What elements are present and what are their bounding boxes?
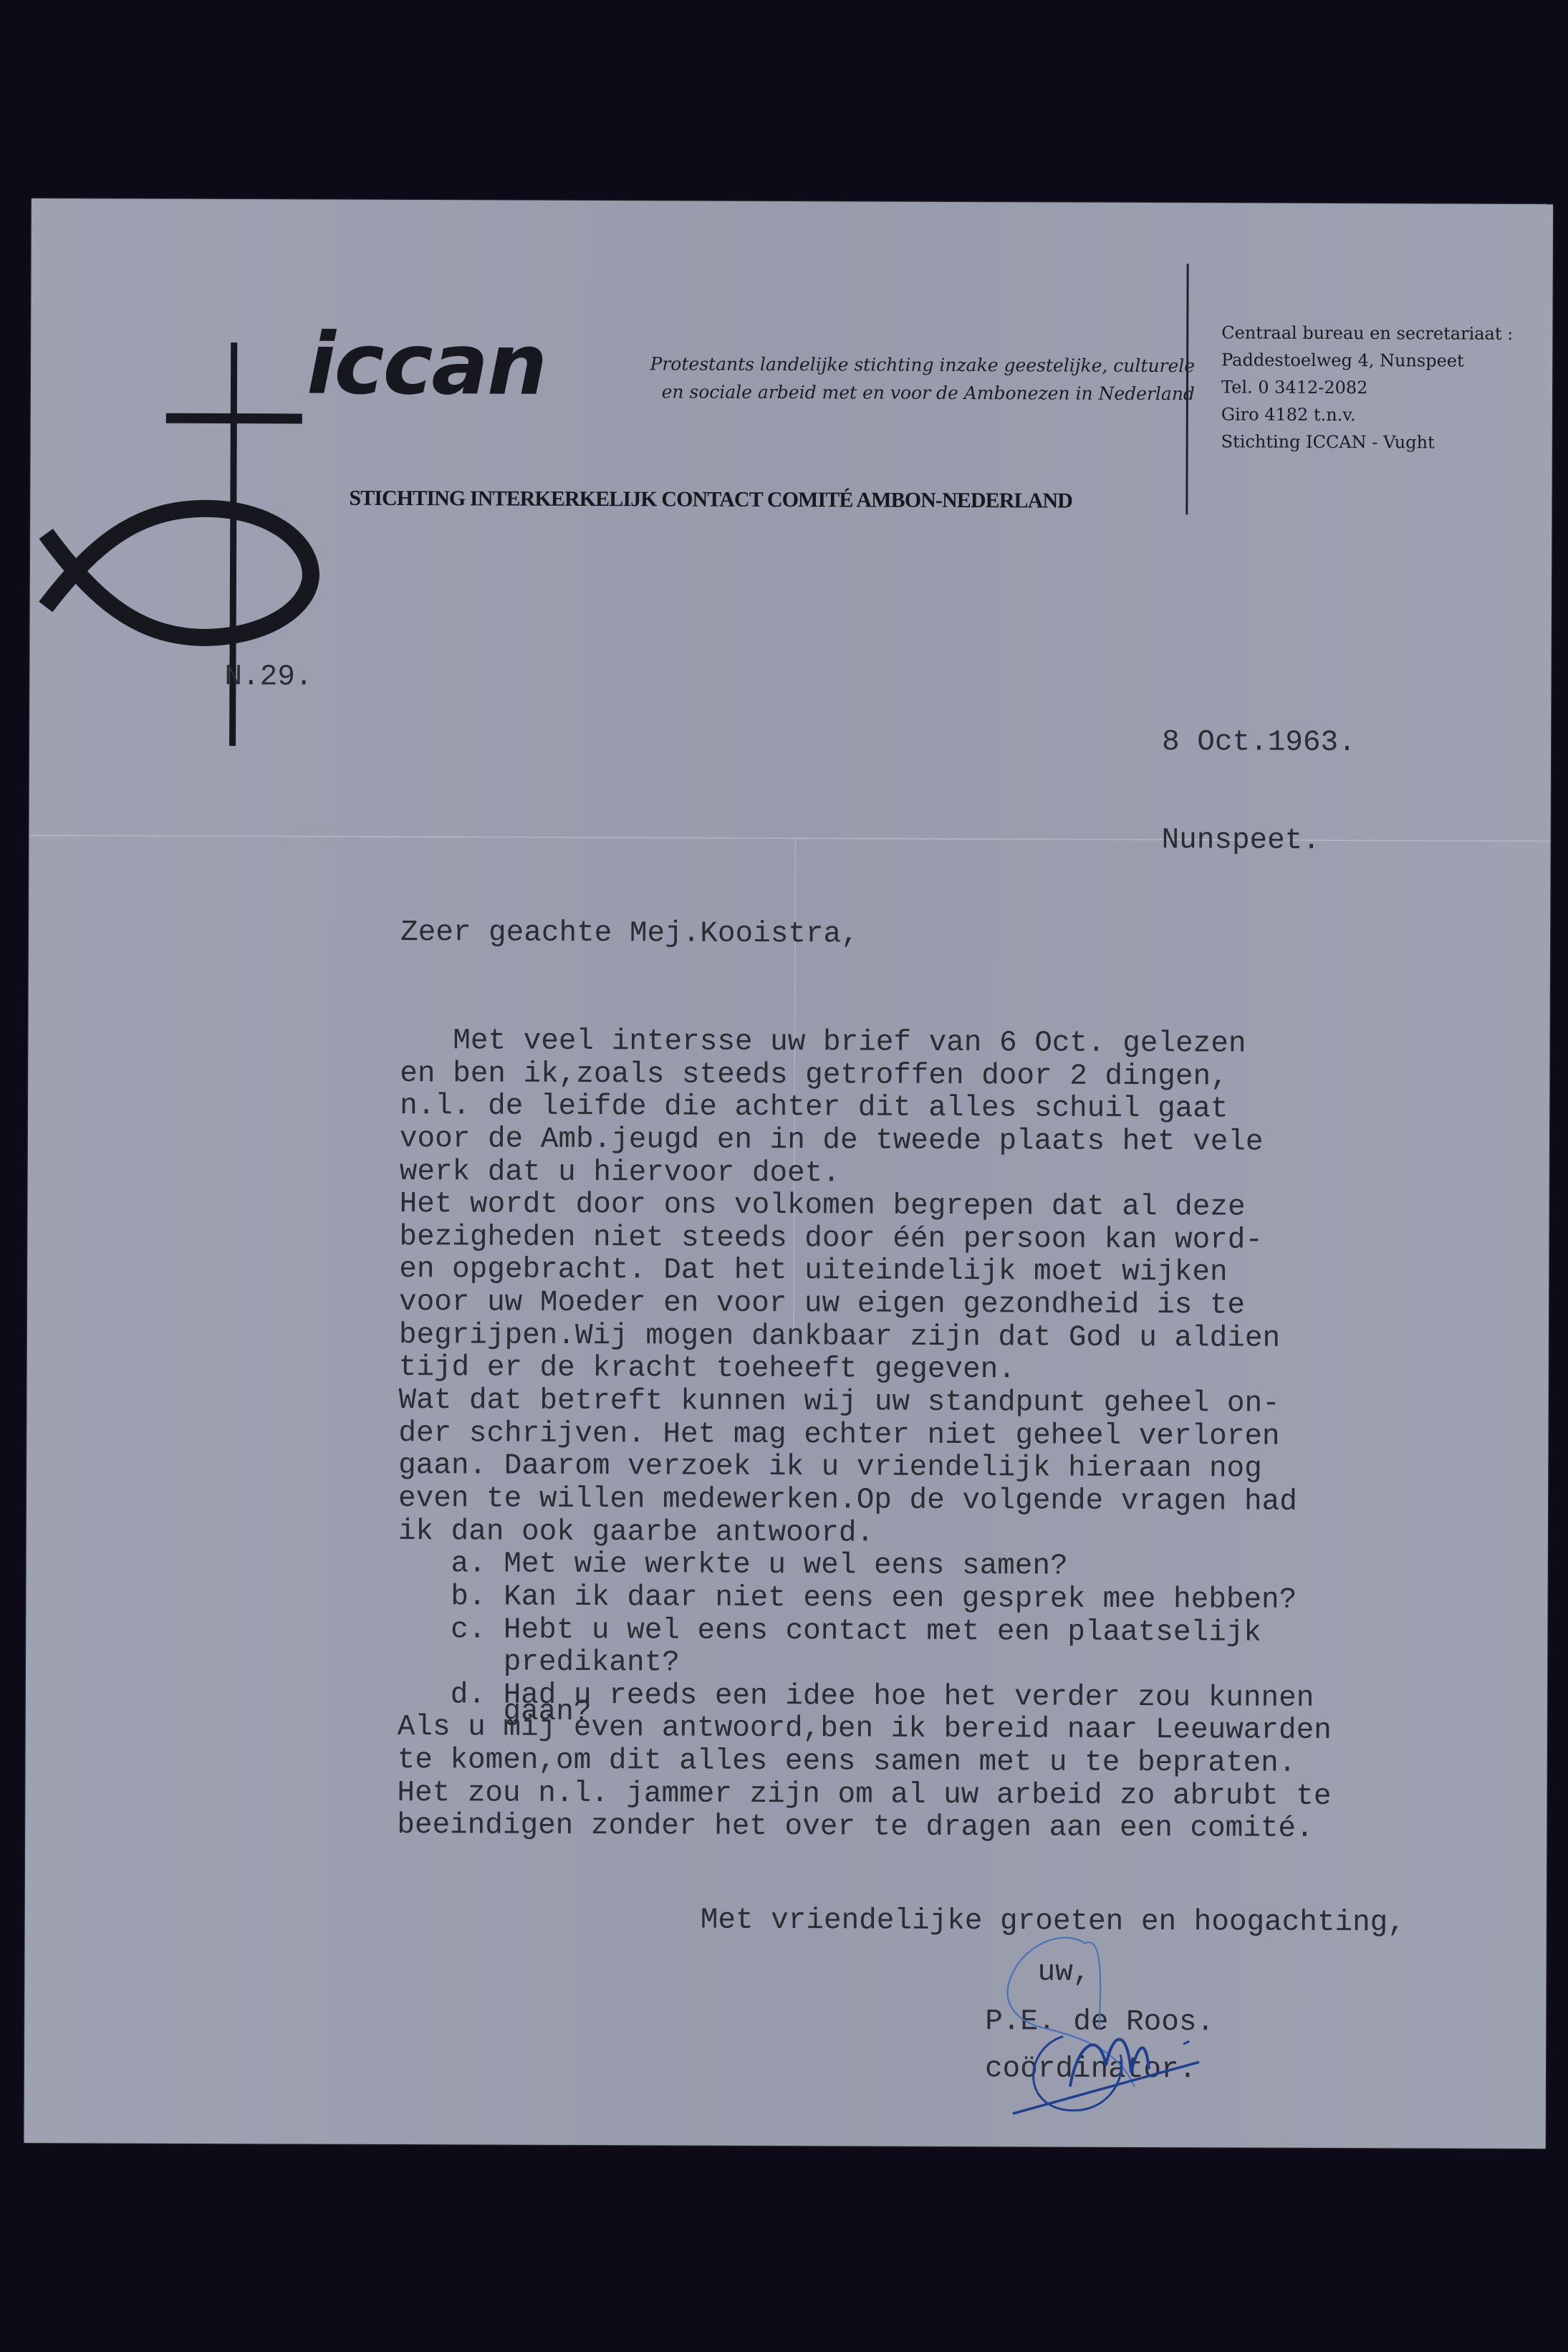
body-line: werk dat u hiervoor doet. xyxy=(400,1156,1334,1193)
body-line: voor uw Moeder en voor uw eigen gezondhe… xyxy=(399,1287,1333,1323)
body-line: Het zou n.l. jammer zijn om al uw arbeid… xyxy=(397,1777,1331,1814)
body-line: beeindigen zonder het over te dragen aan… xyxy=(397,1810,1331,1846)
body-line: voor de Amb.jeugd en in de tweede plaats… xyxy=(400,1123,1334,1160)
tagline-line: en sociale arbeid met en voor de Ambonez… xyxy=(600,378,1195,408)
body-line: en opgebracht. Dat het uiteindelijk moet… xyxy=(399,1254,1333,1290)
body-line: te komen,om dit alles eens samen met u t… xyxy=(398,1744,1332,1781)
question-b: b. Kan ik daar niet eens een gesprek mee… xyxy=(398,1581,1332,1618)
body-line: Met veel intersse uw brief van 6 Oct. ge… xyxy=(400,1025,1334,1062)
letter-date: 8 Oct.1963. xyxy=(1162,726,1356,760)
letter-paper: iccan Protestants landelijke stichting i… xyxy=(24,198,1553,2149)
body-line: Het wordt door ons volkomen begrepen dat… xyxy=(400,1189,1334,1225)
address-line: Tel. 0 3412-2082 xyxy=(1221,373,1513,402)
salutation: Zeer geachte Mej.Kooistra, xyxy=(400,917,859,951)
handwritten-signature-icon xyxy=(984,1921,1228,2130)
letter-place: Nunspeet. xyxy=(1161,825,1355,858)
brand-wordmark: iccan xyxy=(307,321,546,406)
address-line: Giro 4182 t.n.v. xyxy=(1221,400,1513,429)
tagline-line: Protestants landelijke stichting inzake … xyxy=(600,350,1195,380)
address-line: Centraal bureau en secretariaat : xyxy=(1221,319,1513,347)
body-line: ik dan ook gaarbe antwoord. xyxy=(398,1516,1332,1552)
reference-number: N.29. xyxy=(224,661,312,694)
letterhead-tagline: Protestants landelijke stichting inzake … xyxy=(600,350,1195,408)
body-line: begrijpen.Wij mogen dankbaar zijn dat Go… xyxy=(399,1320,1333,1356)
address-line: Paddestoelweg 4, Nunspeet xyxy=(1221,346,1513,375)
body-line: gaan. Daarom verzoek ik u vriendelijk hi… xyxy=(398,1450,1332,1487)
body-line: bezigheden niet steeds door één persoon … xyxy=(399,1221,1333,1258)
question-c: c. Hebt u wel eens contact met een plaat… xyxy=(398,1614,1332,1651)
body-line: tijd er de kracht toeheeft gegeven. xyxy=(399,1352,1333,1388)
body-line: Wat dat betreft kunnen wij uw standpunt … xyxy=(398,1385,1332,1421)
cross-and-fish-icon xyxy=(29,198,390,773)
body-line: even te willen medewerken.Op de volgende… xyxy=(398,1483,1332,1520)
address-block: Centraal bureau en secretariaat : Paddes… xyxy=(1221,319,1514,456)
letter-body: Met veel intersse uw brief van 6 Oct. ge… xyxy=(397,1025,1334,1846)
address-line: Stichting ICCAN - Vught xyxy=(1221,428,1513,456)
body-line: en ben ik,zoals steeds getroffen door 2 … xyxy=(400,1058,1334,1095)
question-c-continued: predikant? xyxy=(398,1646,1332,1683)
organization-name: STICHTING INTERKERKELIJK CONTACT COMITÉ … xyxy=(349,488,1072,512)
date-block: 8 Oct.1963. Nunspeet. xyxy=(1161,661,1356,923)
body-line: der schrijven. Het mag echter niet gehee… xyxy=(398,1418,1332,1454)
question-a: a. Met wie werkte u wel eens samen? xyxy=(398,1548,1332,1585)
body-line: n.l. de leifde die achter dit alles schu… xyxy=(400,1090,1334,1127)
